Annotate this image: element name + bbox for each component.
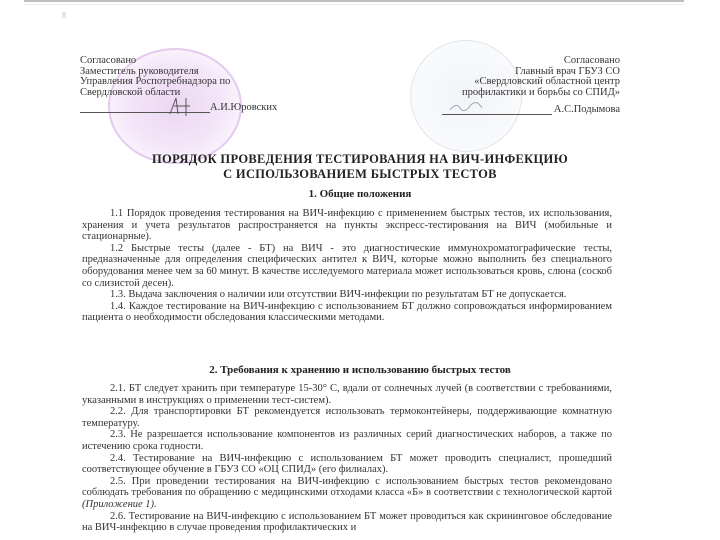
paragraph-2-1: 2.1. БТ следует хранить при температуре …	[82, 383, 612, 406]
paragraph-2-5-text: 2.5. При проведении тестирования на ВИЧ-…	[82, 476, 612, 499]
signatory-name-right: А.С.Подымова	[554, 105, 620, 116]
signatory-name-left: А.И.Юровских	[210, 103, 277, 114]
section-2-heading: 2. Требования к хранению и использованию…	[0, 364, 720, 376]
paragraph-1-2: 1.2 Быстрые тесты (далее - БТ) на ВИЧ - …	[82, 243, 612, 289]
handwritten-signature-right-icon	[448, 100, 484, 118]
scan-speck	[62, 12, 66, 18]
approval-right-line: Согласовано	[442, 56, 620, 67]
paragraph-2-6: 2.6. Тестирование на ВИЧ-инфекцию с испо…	[82, 511, 612, 534]
paragraph-1-1: 1.1 Порядок проведения тестирования на В…	[82, 208, 612, 243]
approval-right-line: «Свердловский областной центр	[442, 77, 620, 88]
section-1-heading: 1. Общие положения	[0, 188, 720, 200]
page-top-border	[24, 0, 684, 2]
handwritten-signature-left-icon	[166, 96, 196, 122]
approval-left-line: Согласовано	[80, 56, 277, 67]
paragraph-2-2: 2.2. Для транспортировки БТ рекомендуетс…	[82, 406, 612, 429]
section-2-body: 2.1. БТ следует хранить при температуре …	[82, 383, 612, 534]
section-1-body: 1.1 Порядок проведения тестирования на В…	[82, 208, 612, 324]
approval-left-line: Управления Роспотребнадзора по	[80, 77, 277, 88]
appendix-reference: (Приложение 1).	[82, 499, 157, 510]
document-title: ПОРЯДОК ПРОВЕДЕНИЯ ТЕСТИРОВАНИЯ НА ВИЧ-И…	[0, 152, 720, 182]
title-line-2: С ИСПОЛЬЗОВАНИЕМ БЫСТРЫХ ТЕСТОВ	[0, 167, 720, 182]
paragraph-2-4: 2.4. Тестирование на ВИЧ-инфекцию с испо…	[82, 453, 612, 476]
paragraph-2-5: 2.5. При проведении тестирования на ВИЧ-…	[82, 476, 612, 511]
paragraph-1-3: 1.3. Выдача заключения о наличии или отс…	[82, 289, 612, 301]
approval-right-line: профилактики и борьбы со СПИД»	[442, 88, 620, 99]
paragraph-1-4: 1.4. Каждое тестирование на ВИЧ-инфекцию…	[82, 301, 612, 324]
paragraph-2-3: 2.3. Не разрешается использование компон…	[82, 429, 612, 452]
page-top-border-shadow	[24, 4, 684, 5]
title-line-1: ПОРЯДОК ПРОВЕДЕНИЯ ТЕСТИРОВАНИЯ НА ВИЧ-И…	[0, 152, 720, 167]
